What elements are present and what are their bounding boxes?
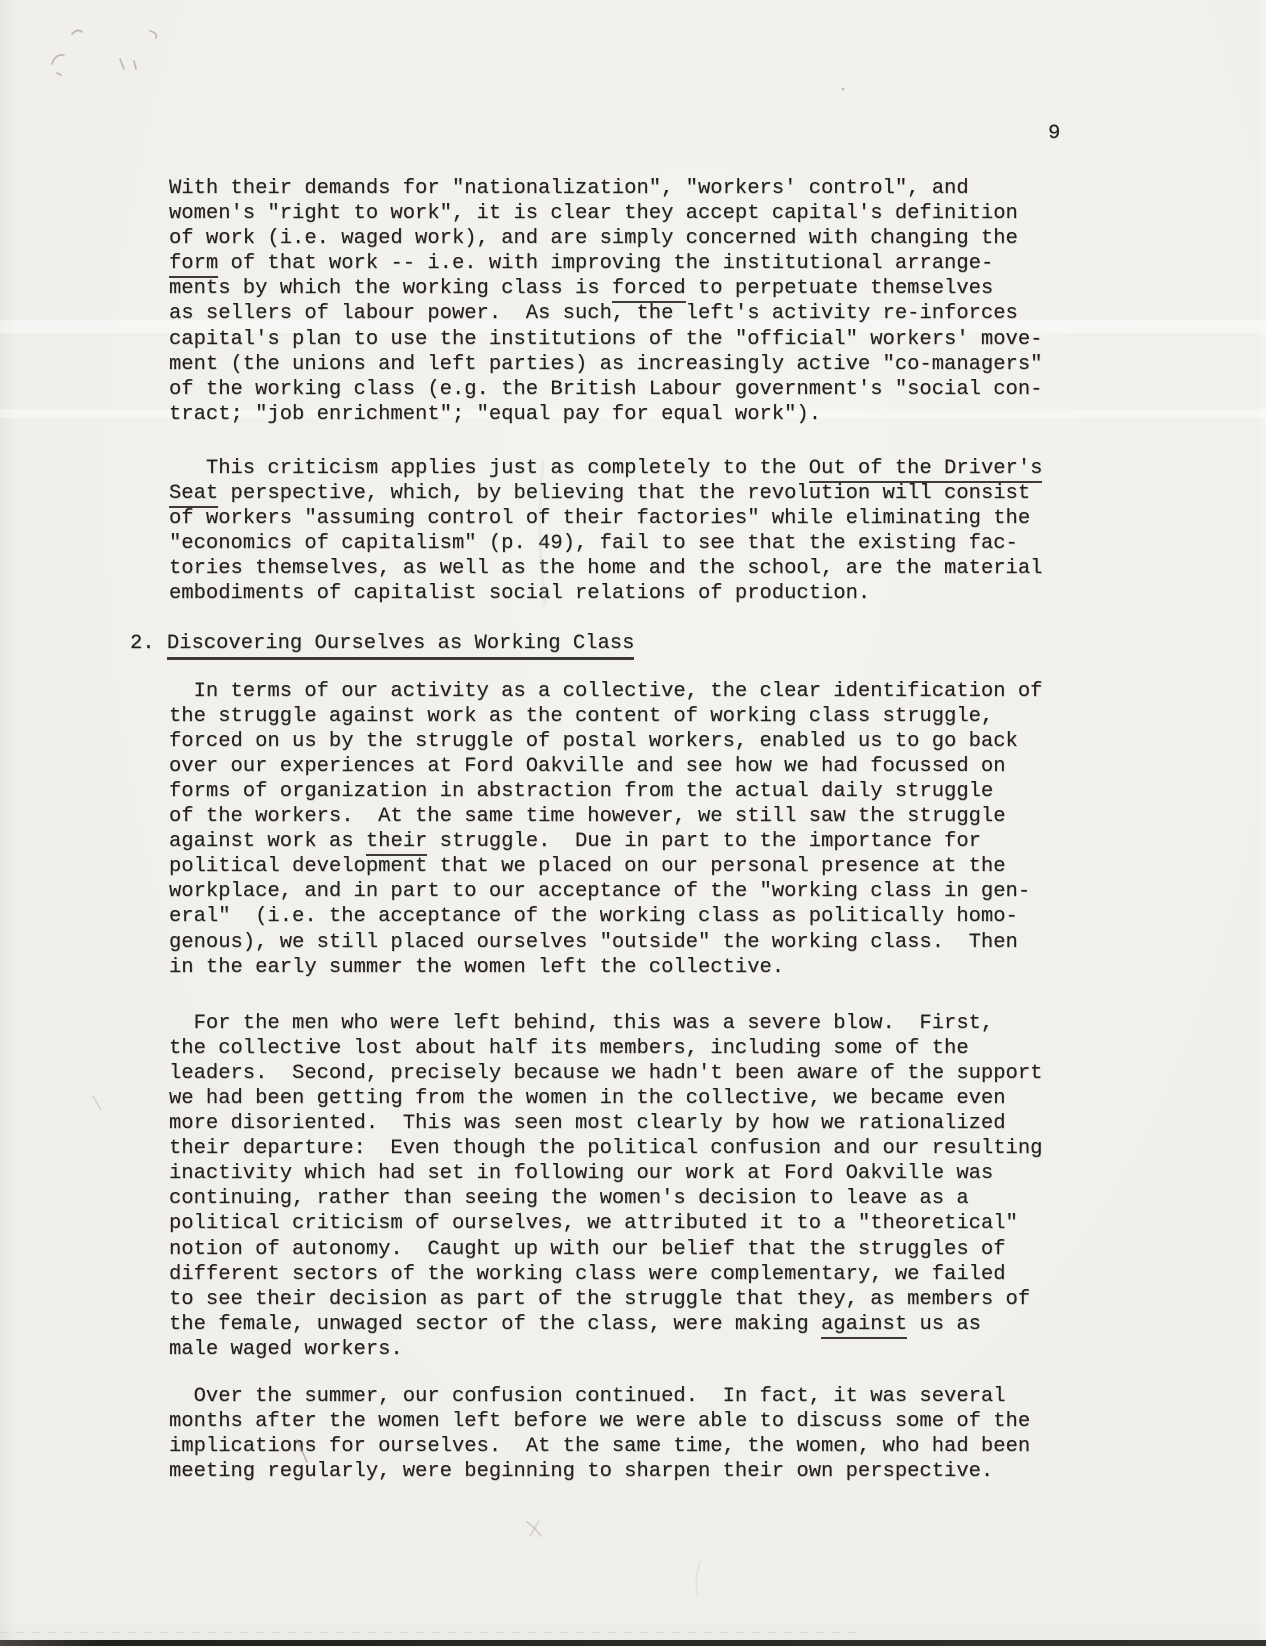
text-line: eral" (i.e. the acceptance of the workin… [169,904,1089,929]
text-line: forced on us by the struggle of postal w… [169,729,1089,754]
text-line: With their demands for "nationalization"… [169,176,1089,201]
text-line: male waged workers. [169,1337,1089,1362]
text-line: leaders. Second, precisely because we ha… [169,1061,1089,1086]
text-line: political criticism of ourselves, we att… [169,1211,1089,1236]
text-line: tract; "job enrichment"; "equal pay for … [169,402,1089,427]
text-line: Seat perspective, which, by believing th… [169,481,1089,506]
text-line: implications for ourselves. At the same … [169,1434,1089,1459]
text-line: Over the summer, our confusion continued… [169,1384,1089,1409]
text-line: genous), we still placed ourselves "outs… [169,930,1089,955]
text-line: of work (i.e. waged work), and are simpl… [169,226,1089,251]
underlined-text: Out of the Driver's [809,457,1043,483]
paragraph: With their demands for "nationalization"… [169,176,1089,427]
underlined-text: against [821,1313,907,1339]
text-line: meeting regularly, were beginning to sha… [169,1459,1089,1484]
text-line: For the men who were left behind, this w… [169,1011,1089,1036]
text-line: notion of autonomy. Caught up with our b… [169,1237,1089,1262]
text-line: "economics of capitalism" (p. 49), fail … [169,531,1089,556]
text-line: in the early summer the women left the c… [169,955,1089,980]
text-line: to see their decision as part of the str… [169,1287,1089,1312]
text-line: workplace, and in part to our acceptance… [169,879,1089,904]
underlined-text: Seat [169,482,218,508]
paragraph: Over the summer, our confusion continued… [169,1384,1089,1484]
text-line: 2. Discovering Ourselves as Working Clas… [130,631,1089,656]
text-line: continuing, rather than seeing the women… [169,1186,1089,1211]
text-line: women's "right to work", it is clear the… [169,201,1089,226]
text-line: In terms of our activity as a collective… [169,679,1089,704]
text-line: the collective lost about half its membe… [169,1036,1089,1061]
text-line: political development that we placed on … [169,854,1089,879]
text-line: months after the women left before we we… [169,1409,1089,1434]
underlined-text: forced [612,277,686,303]
section-heading: 2. Discovering Ourselves as Working Clas… [130,631,1089,656]
document-body: With their demands for "nationalization"… [169,176,1089,1484]
underlined-text: Discovering Ourselves as Working Class [167,632,634,660]
paragraph: In terms of our activity as a collective… [169,679,1089,980]
text-line: the female, unwaged sector of the class,… [169,1312,1089,1337]
underlined-text: their [366,830,428,856]
text-line: different sectors of the working class w… [169,1262,1089,1287]
text-line: more disoriented. This was seen most cle… [169,1111,1089,1136]
scan-artifact-line [0,1632,861,1633]
paragraph: For the men who were left behind, this w… [169,1011,1089,1362]
text-line: of the working class (e.g. the British L… [169,377,1089,402]
text-line: as sellers of labour power. As such, the… [169,301,1089,326]
page-number: 9 [1048,121,1060,146]
text-line: inactivity which had set in following ou… [169,1161,1089,1186]
text-line: the struggle against work as the content… [169,704,1089,729]
text-line: against work as their struggle. Due in p… [169,829,1089,854]
text-line: This criticism applies just as completel… [169,456,1089,481]
text-line: over our experiences at Ford Oakville an… [169,754,1089,779]
text-line: form of that work -- i.e. with improving… [169,251,1089,276]
text-line: of the workers. At the same time however… [169,804,1089,829]
text-line: forms of organization in abstraction fro… [169,779,1089,804]
text-line: embodiments of capitalist social relatio… [169,581,1089,606]
text-line: capital's plan to use the institutions o… [169,327,1089,352]
document-page: 9 With their demands for "nationalizatio… [0,0,1266,1649]
text-line: ment (the unions and left parties) as in… [169,352,1089,377]
paragraph: This criticism applies just as completel… [169,456,1089,607]
underlined-text: form [169,252,218,278]
text-line: tories themselves, as well as the home a… [169,556,1089,581]
text-line: of workers "assuming control of their fa… [169,506,1089,531]
text-line: ments by which the working class is forc… [169,276,1089,301]
text-line: we had been getting from the women in th… [169,1086,1089,1111]
text-line: their departure: Even though the politic… [169,1136,1089,1161]
